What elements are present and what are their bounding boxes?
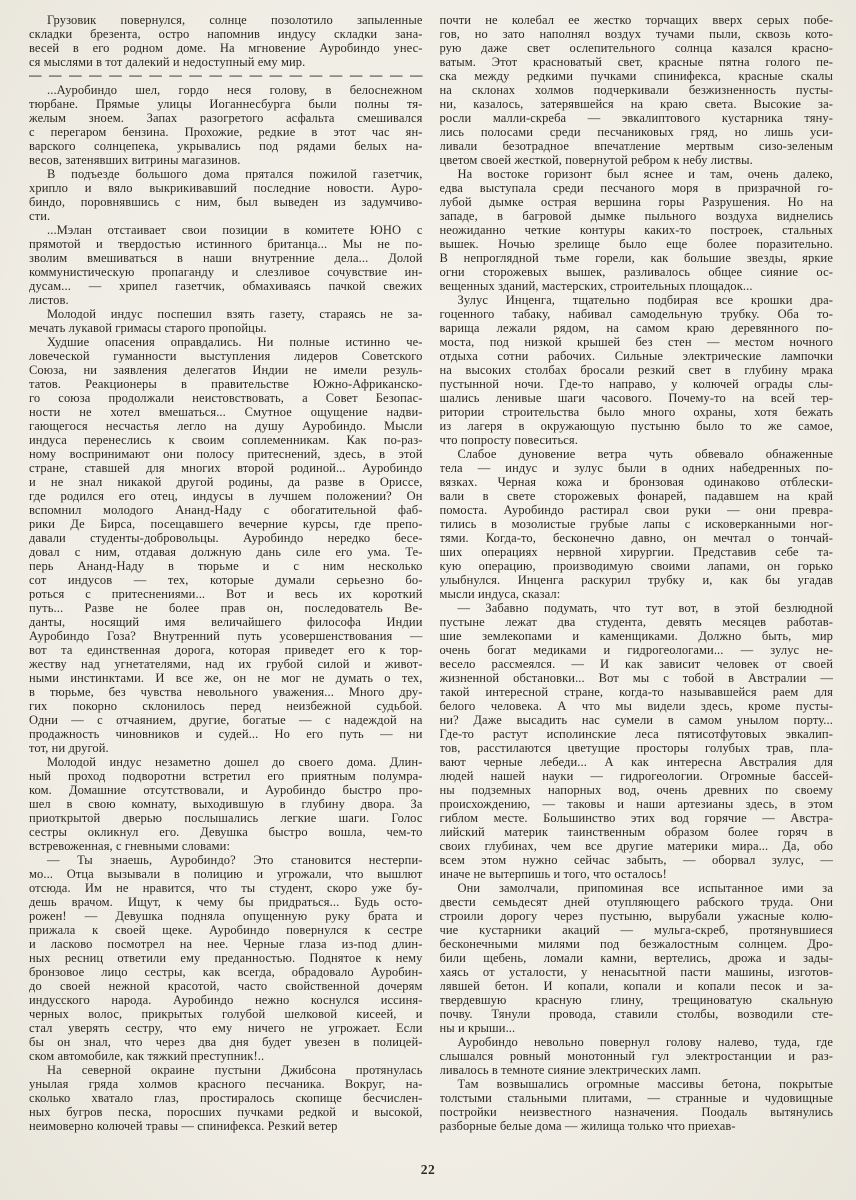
text-line: мечать лукавой гримасы старого пропойцы. (29, 321, 423, 335)
text-line: помоста. Ауробиндо растирал свои руки — … (440, 503, 834, 517)
text-line: унылая гряда холмов красного песчаника. … (29, 1077, 423, 1091)
text-line: росли малли-скреба — эвкалиптового куста… (440, 111, 834, 125)
text-line: ватым. Этот красноватый свет, красные пя… (440, 55, 834, 69)
text-line: Союза, ни заявления делегатов Индии не и… (29, 363, 423, 377)
text-line: На востоке горизонт был яснее и там, оче… (440, 167, 834, 181)
text-line: го союза продолжали неистовствовать, а С… (29, 391, 423, 405)
text-line: рожен! — Девушка подняла опущенную руку … (29, 909, 423, 923)
text-line: в тюрьме, без чувства невольного уважени… (29, 685, 423, 699)
text-line: ливали безотрадное впечатление мертвым с… (440, 139, 834, 153)
text-line: вот та единственная дорога, которая прив… (29, 643, 423, 657)
text-line: ный проход подворотни встретил его прият… (29, 769, 423, 783)
text-line: Там возвышались огромные массивы бетона,… (440, 1077, 834, 1091)
text-line: встревоженная, с гневными словами: (29, 839, 423, 853)
text-line: и не знал никакой другой родины, да разв… (29, 475, 423, 489)
text-line: ском автомобиле, как тяжкий преступник!.… (29, 1049, 423, 1063)
text-line: пустынной ночи. Где-то направо, у колюче… (440, 377, 834, 391)
paragraph: — Ты знаешь, Ауробиндо? Это становится н… (29, 853, 423, 1063)
text-line: постройки неизвестного назначения. Поода… (440, 1105, 834, 1119)
text-line: гов, но зато наполнял воздух тучами пыли… (440, 27, 834, 41)
text-line: мо... Отца вызывали в полицию и угрожали… (29, 867, 423, 881)
text-line: дусам... — хрипел газетчик, обмахиваясь … (29, 279, 423, 293)
text-line: на высоких столбах бросали резкий свет в… (440, 363, 834, 377)
text-line: что попросту повеситься. (440, 433, 834, 447)
text-line: шие землекопами и каменщиками. Должно бы… (440, 629, 834, 643)
text-line: двести семьдесят дней отупляющего рабско… (440, 895, 834, 909)
text-line: тела — индус и зулус были в одних набедр… (440, 461, 834, 475)
text-line: Грузовик повернулся, солнце позолотило з… (29, 13, 423, 27)
paragraph: На востоке горизонт был яснее и там, оче… (440, 167, 834, 293)
text-line: своих глубинах, чем все другие материки … (440, 839, 834, 853)
paragraph: На северной окраине пустыни Джибсона про… (29, 1063, 423, 1133)
text-column-left: Грузовик повернулся, солнце позолотило з… (29, 13, 423, 1133)
text-line: разборные белые дома — жилища только что… (440, 1119, 834, 1133)
paragraph: Молодой индус поспешил взять газету, ста… (29, 307, 423, 335)
text-line: черных волос, прикрытых голубой шелковой… (29, 1007, 423, 1021)
text-line: лийский материк таинственным образом бол… (440, 825, 834, 839)
text-line: шались ленивые шаги часового. Почему-то … (440, 391, 834, 405)
text-line: сколько хватало глаз, простиралось скопи… (29, 1091, 423, 1105)
text-line: сти. (29, 209, 423, 223)
text-line: такой интересной стране, когда-то называ… (440, 685, 834, 699)
text-line: индуса перенеслись к своим соплеменникам… (29, 433, 423, 447)
paragraph: Зулус Инценга, тщательно подбирая все кр… (440, 293, 834, 447)
text-line: складки брезента, остро напомнив индусу … (29, 27, 423, 41)
text-line: листов. (29, 293, 423, 307)
text-line: ся мыслями в тот далекий и недоступный е… (29, 55, 423, 69)
text-line: данты, носящий имя величайшего философа … (29, 615, 423, 629)
text-line: твердевшую красную глину, трещиноватую с… (440, 993, 834, 1007)
text-line: сот индусов — тех, которые думали серьез… (29, 573, 423, 587)
text-line: Где-то растут исполинские леса пятисотфу… (440, 727, 834, 741)
text-line: рики Де Бирса, посещавшего вечерние курс… (29, 517, 423, 531)
text-line: неожиданно четкие контуры каких-то постр… (440, 223, 834, 237)
text-line: варского солнцепека, укрывались под ряда… (29, 139, 423, 153)
text-line: вещенных зданий, мастерских, строительны… (440, 279, 834, 293)
text-line: западе, в багровой дымке пыльного воздух… (440, 209, 834, 223)
text-block: Грузовик повернулся, солнце позолотило з… (29, 13, 833, 1133)
text-line: ни? Даже высадить нас сумели в самом уны… (440, 713, 834, 727)
text-line: отсюда. Им не нравится, что ты студент, … (29, 881, 423, 895)
text-line: бесконечными милями под безжалостным сол… (440, 937, 834, 951)
paragraph: Ауробиндо невольно повернул голову налев… (440, 1035, 834, 1077)
text-line: Молодой индус поспешил взять газету, ста… (29, 307, 423, 321)
text-line: до своей нежной красотой, часто свойстве… (29, 979, 423, 993)
text-line: приоткрытой дверью послышались легкие ша… (29, 811, 423, 825)
text-line: желым зноем. Запах разогретого асфальта … (29, 111, 423, 125)
text-line: — Забавно подумать, что тут вот, в этой … (440, 601, 834, 615)
text-line: перь Ананд-Наду в тюрьме и с ним несколь… (29, 559, 423, 573)
text-line: едва выступала среди песчаного моря в пр… (440, 181, 834, 195)
text-line: почти не колебал ее жестко торчащих ввер… (440, 13, 834, 27)
text-line: тились в мозолистые грубые лапы с искове… (440, 517, 834, 531)
text-line: тот, ни другой. (29, 741, 423, 755)
text-line: иначе не вытерпишь и того, что осталось! (440, 867, 834, 881)
text-line: ших операциях нервной хирургии. Представ… (440, 545, 834, 559)
text-line: людей нашей науки — гидрогеологии. Огром… (440, 769, 834, 783)
paragraph: ...Ауробиндо шел, гордо неся голову, в б… (29, 83, 423, 167)
page-number: 22 (0, 1162, 856, 1178)
text-line: Зулус Инценга, тщательно подбирая все кр… (440, 293, 834, 307)
text-line: прямотой и твердостью истинного британца… (29, 237, 423, 251)
text-line: шел в свою комнату, выходившую в глубину… (29, 797, 423, 811)
paragraph: Худшие опасения оправдались. Ни полные и… (29, 335, 423, 755)
text-line: вают черные лебеди... А как интересна Ав… (440, 755, 834, 769)
text-line: белого человека. А что мы видели здесь, … (440, 699, 834, 713)
text-line: хаясь от усталости, у ненасытной пасти м… (440, 965, 834, 979)
text-line: ными инстинктами. И все же, он не мог не… (29, 671, 423, 685)
text-line: и ласково посмотрел на нее. Черные глаза… (29, 937, 423, 951)
text-line: цветом своей жесткой, повернутой ребром … (440, 153, 834, 167)
text-line: бы он знал, что через два дня будет увез… (29, 1035, 423, 1049)
text-line: били щебень, ломали камни, вертелись, др… (440, 951, 834, 965)
text-line: ловеческой гуманности выступления лидеро… (29, 349, 423, 363)
text-line: ком. Домашние отсутствовали, и Ауробиндо… (29, 783, 423, 797)
text-line: ности не хотел вмешаться... Смутное ощущ… (29, 405, 423, 419)
text-line: весело рассмеялся. — И как зависит челов… (440, 657, 834, 671)
text-line: стране, ставшей для многих второй родино… (29, 461, 423, 475)
text-line: чие кустарники акаций — мульга-скреб, пр… (440, 923, 834, 937)
text-line: вспомнил молодого Ананд-Наду с обогатите… (29, 503, 423, 517)
paragraph: Слабое дуновение ветра чуть обвевало обн… (440, 447, 834, 601)
text-line: очень богат медиками и гидрогеологами...… (440, 643, 834, 657)
text-line: бронзовое лицо сестры, как всегда, обрад… (29, 965, 423, 979)
paragraph: В подъезде большого дома прятался пожило… (29, 167, 423, 223)
paragraph: Там возвышались огромные массивы бетона,… (440, 1077, 834, 1133)
text-line: улыбнулся. Инценга раскурил трубку и, ка… (440, 573, 834, 587)
text-line: отдыха сотни рабочих. Сильные электричес… (440, 349, 834, 363)
text-line: Они замолчали, припоминая все испытанное… (440, 881, 834, 895)
text-line: жеству над угнетателями, над их грубой с… (29, 657, 423, 671)
text-line: ни, казалось, затерявшейся на краю света… (440, 97, 834, 111)
text-line: где родился его отец, индусы в лучшем по… (29, 489, 423, 503)
text-line: биндо, поровнявшись с ним, был выведен и… (29, 195, 423, 209)
text-line: коммунистическую пропаганду и слезливое … (29, 265, 423, 279)
text-line: строили дорогу через пустыню, вырубали у… (440, 909, 834, 923)
text-line: ному воспринимают они полосу притеснений… (29, 447, 423, 461)
text-line: гиблом месте. Большинство этих вод горяч… (440, 811, 834, 825)
text-line: гоценного табаку, набивал самодельную тр… (440, 307, 834, 321)
text-line: тями. Когда-то, бесконечно давно, он меч… (440, 531, 834, 545)
text-line: ...Мэлан отстаивает свои позиции в комит… (29, 223, 423, 237)
text-line: почву. Тянули провода, ставили столбы, в… (440, 1007, 834, 1021)
text-line: весов, затенявших витрины магазинов. (29, 153, 423, 167)
text-line: тюрбане. Прямые улицы Иоганнесбурга были… (29, 97, 423, 111)
text-line: хрипло и вяло выкрикивавший последние но… (29, 181, 423, 195)
text-column-right: почти не колебал ее жестко торчащих ввер… (440, 13, 834, 1133)
text-line: Ауробиндо Гоза? Внутренний путь усоверше… (29, 629, 423, 643)
text-line: лубой дымке острая вершина горы Разрушен… (440, 195, 834, 209)
scene-break-divider: — — — — — — — — — — — — — — — — — — — — (29, 69, 423, 83)
text-line: рую даже свет ослепительного солнца каза… (440, 41, 834, 55)
text-line: Молодой индус незаметно дошел до своего … (29, 755, 423, 769)
text-line: кую операцию, производимую своими лапами… (440, 559, 834, 573)
text-line: лись полосами среди песчаниковых гряд, н… (440, 125, 834, 139)
text-line: мысли индуса, сказал: (440, 587, 834, 601)
paragraph: ...Мэлан отстаивает свои позиции в комит… (29, 223, 423, 307)
text-line: происхождению, — таковы и наши артезианы… (440, 797, 834, 811)
text-line: на склонах холмов подчеркивали безжизнен… (440, 83, 834, 97)
text-line: пустыне лежат два студента, девять месяц… (440, 615, 834, 629)
text-line: Ауробиндо невольно повернул голову налев… (440, 1035, 834, 1049)
text-line: жизненной обстановки... Вот мы с тобой в… (440, 671, 834, 685)
text-line: весей в его родном доме. На мгновение Ау… (29, 41, 423, 55)
text-line: продажность чиновников и судей... Но его… (29, 727, 423, 741)
text-line: лявшей бетон. И копали, копали и копали … (440, 979, 834, 993)
text-line: ливалось в темноте сияние электрических … (440, 1063, 834, 1077)
text-line: слышался ровный монотонный гул электрост… (440, 1049, 834, 1063)
text-line: с перегаром бензина. Прохожие, редкие в … (29, 125, 423, 139)
text-line: ны и крыши... (440, 1021, 834, 1035)
text-line: тов, расстилаются цветущие просторы голу… (440, 741, 834, 755)
text-line: огни сторожевых вышек, разливалось общее… (440, 265, 834, 279)
text-line: гих покорно склонилось перед неизбежной … (29, 699, 423, 713)
text-line: ...Ауробиндо шел, гордо неся голову, в б… (29, 83, 423, 97)
text-line: всем этом нужно сейчас забыть, — оборвал… (440, 853, 834, 867)
paragraph: почти не колебал ее жестко торчащих ввер… (440, 13, 834, 167)
book-page-scan: { "colors": { "paper": "#f0ede5", "ink":… (0, 0, 856, 1200)
text-line: сестры окликнул его. Девушка быстро вошл… (29, 825, 423, 839)
text-line: В непроглядной тьме горели, как большие … (440, 251, 834, 265)
text-line: ритории строительства было много охраны,… (440, 405, 834, 419)
text-line: прижала к своей щеке. Ауробиндо повернул… (29, 923, 423, 937)
text-line: довал с ним, отдавая должную дань силе е… (29, 545, 423, 559)
text-line: гающегося несчастья легло на душу Ауроби… (29, 419, 423, 433)
text-line: дешь врачом. Ищут, к чему бы придраться.… (29, 895, 423, 909)
text-line: татов. Реакционеры в правительстве Южно-… (29, 377, 423, 391)
text-line: В подъезде большого дома прятался пожило… (29, 167, 423, 181)
text-line: варища лежали рядом, на самом краю дерев… (440, 321, 834, 335)
paragraph: Молодой индус незаметно дошел до своего … (29, 755, 423, 853)
text-line: моста, под низкой крышей без стен — мест… (440, 335, 834, 349)
text-line: — Ты знаешь, Ауробиндо? Это становится н… (29, 853, 423, 867)
text-line: вышек. Ночью зрелище было еще более пора… (440, 237, 834, 251)
text-line: стал уверять сестру, что ему ничего не у… (29, 1021, 423, 1035)
text-line: На северной окраине пустыни Джибсона про… (29, 1063, 423, 1077)
text-line: зволим вмешиваться в наши внутренние дел… (29, 251, 423, 265)
text-line: вали в свете сторожевых фонарей, падавше… (440, 489, 834, 503)
paragraph: — Забавно подумать, что тут вот, в этой … (440, 601, 834, 881)
paragraph: Грузовик повернулся, солнце позолотило з… (29, 13, 423, 69)
text-line: из лагеря в окружающую пустыню было то ж… (440, 419, 834, 433)
text-line: Одни — с отчаянием, другие, богатые — с … (29, 713, 423, 727)
text-line: толстыми стальными плитами, — странные и… (440, 1091, 834, 1105)
text-line: неимоверно колючей травы — спинифекса. Р… (29, 1119, 423, 1133)
text-line: вязках. Черная кожа и бронзовая одинаков… (440, 475, 834, 489)
text-line: ны подземных напорных вод, очень древних… (440, 783, 834, 797)
text-line: путь... Разве не более прав он, последов… (29, 601, 423, 615)
text-line: давали студенты-добровольцы. Ауробиндо н… (29, 531, 423, 545)
text-line: ных бугров песка, поросших пучками редко… (29, 1105, 423, 1119)
text-line: индусского народа. Ауробиндо нежно косну… (29, 993, 423, 1007)
text-line: Худшие опасения оправдались. Ни полные и… (29, 335, 423, 349)
text-line: ных ресниц ответили ему преданностью. По… (29, 951, 423, 965)
text-line: роться с притеснениями... Вот и весь их … (29, 587, 423, 601)
paragraph: Они замолчали, припоминая все испытанное… (440, 881, 834, 1035)
text-line: ска между редкими пучками спинифекса, кр… (440, 69, 834, 83)
text-line: Слабое дуновение ветра чуть обвевало обн… (440, 447, 834, 461)
